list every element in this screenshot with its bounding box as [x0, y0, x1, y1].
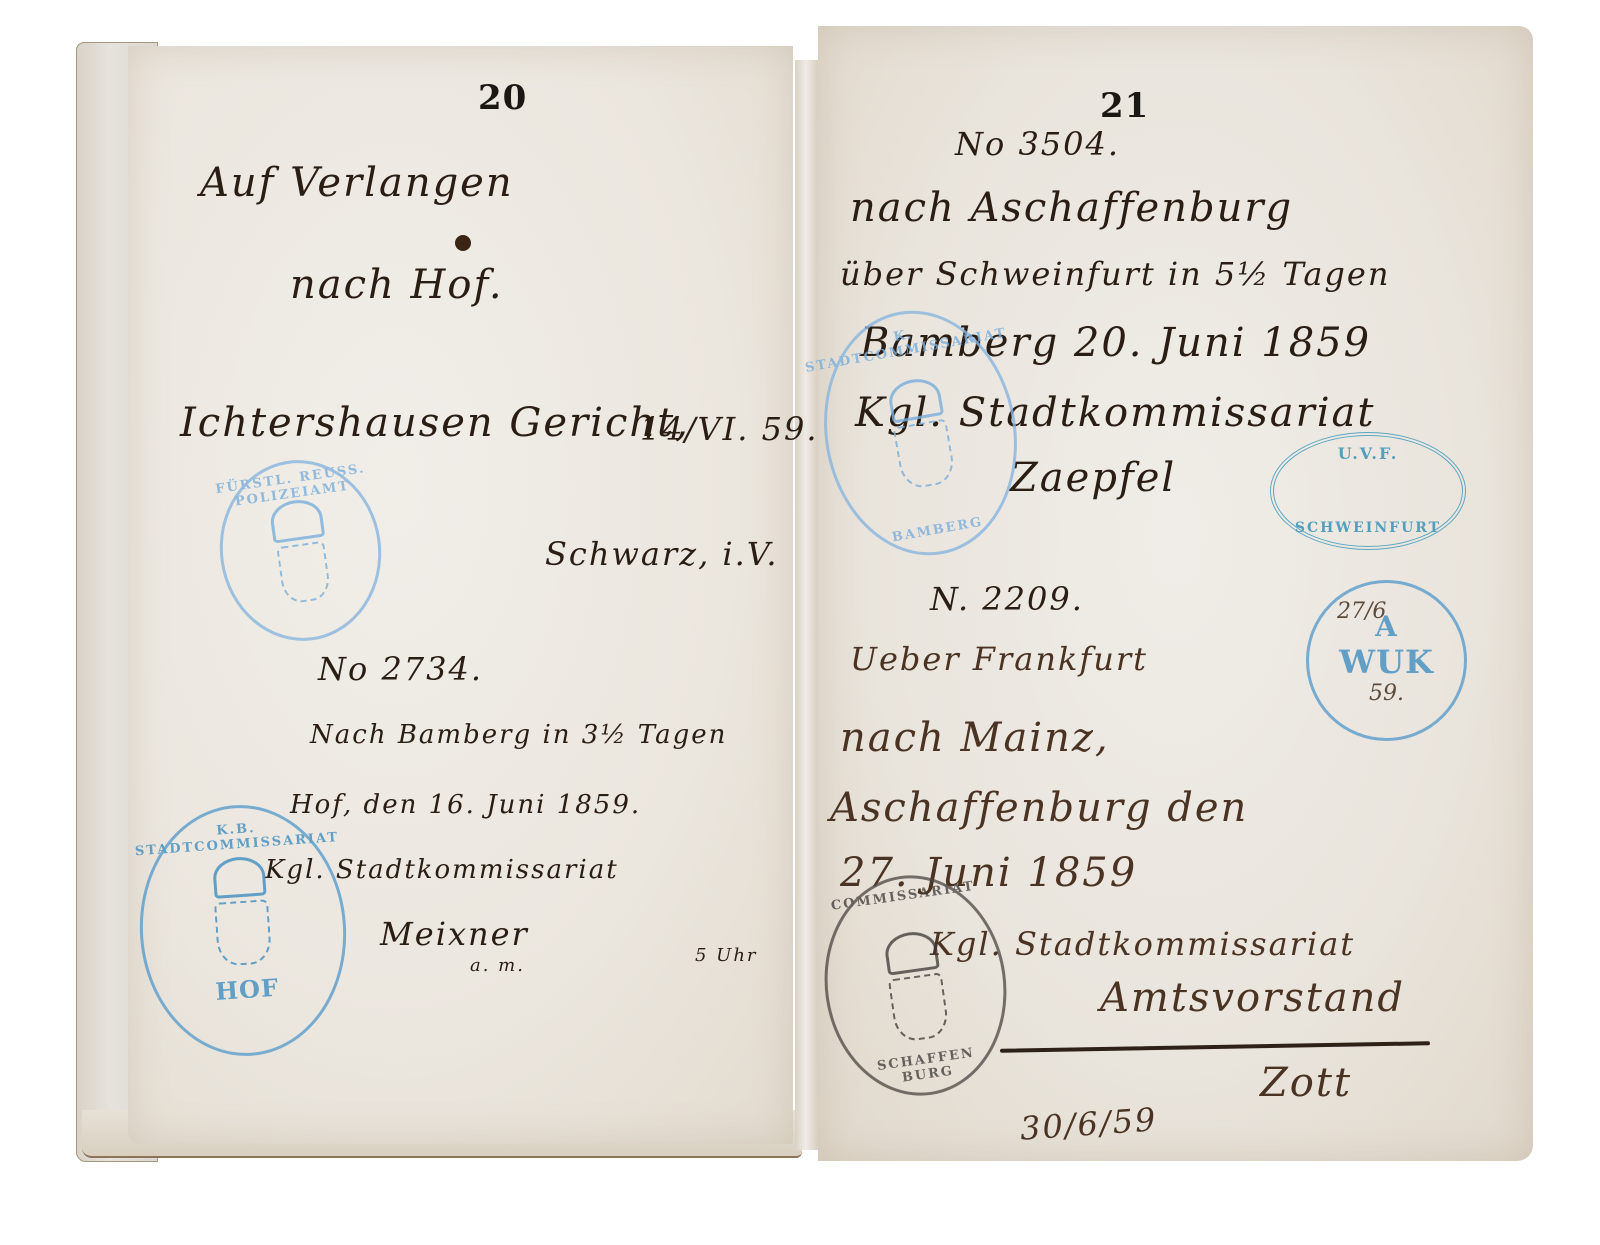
entry-note: 5 Uhr — [695, 945, 758, 966]
entry-number: No 3504. — [955, 125, 1120, 163]
crown-icon — [212, 855, 267, 899]
stamp-schweinfurt: U.V.F. SCHWEINFURT — [1270, 432, 1466, 550]
entry-line: Auf Verlangen — [200, 160, 514, 206]
entry-signature: Zaepfel — [1010, 455, 1176, 501]
entry-line: nach Aschaffenburg — [850, 185, 1293, 231]
entry-number: N. 2209. — [930, 580, 1084, 618]
stamp-wuk: 27/6 A WUK 59. — [1306, 580, 1467, 741]
entry-line: nach Hof. — [290, 262, 504, 308]
entry-line: Ueber Frankfurt — [850, 640, 1148, 678]
bavarian-arms-icon — [892, 418, 956, 490]
entry-signature: Meixner — [380, 915, 529, 953]
entry-line: Nach Bamberg in 3½ Tagen — [310, 720, 727, 750]
open-travel-book: 20 21 Auf Verlangen nach Hof. Ichtershau… — [0, 0, 1600, 1245]
page-number-right: 21 — [1100, 86, 1149, 126]
entry-signature: Amtsvorstand — [1100, 975, 1405, 1021]
book-gutter — [795, 60, 819, 1150]
entry-line: nach Mainz, — [840, 715, 1110, 761]
bavarian-arms-icon — [214, 899, 272, 967]
crown-icon — [882, 928, 939, 975]
entry-date: 14/VI. 59. — [640, 410, 818, 448]
crown-icon — [886, 375, 944, 423]
entry-line: Ichtershausen Gericht, — [180, 400, 690, 446]
entry-line: über Schweinfurt in 5½ Tagen — [840, 255, 1390, 293]
bavarian-arms-icon — [887, 972, 949, 1043]
entry-signature: Schwarz, i.V. — [545, 535, 779, 573]
entry-line: Aschaffenburg den — [830, 785, 1248, 831]
entry-line: Hof, den 16. Juni 1859. — [290, 790, 641, 820]
page-number-left: 20 — [478, 78, 527, 118]
entry-note: a. m. — [470, 955, 525, 976]
entry-number: No 2734. — [318, 650, 483, 688]
ink-blot — [455, 235, 471, 251]
entry-signature: Zott — [1260, 1060, 1352, 1106]
lion-emblem-icon — [276, 540, 332, 604]
